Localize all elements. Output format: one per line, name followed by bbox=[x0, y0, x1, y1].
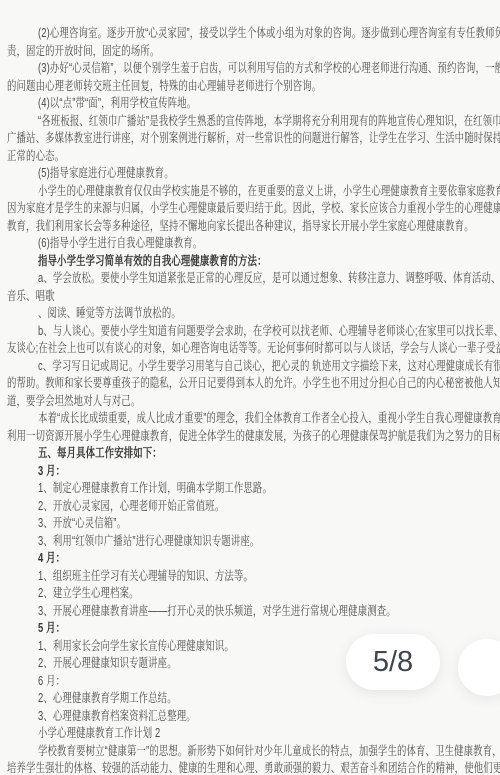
document-line: 2、心理健康教育学期工作总结。 bbox=[7, 689, 500, 707]
document-line: 友谈心;在社会上也可以有谈心的对象，如心理咨询电话等等。无论何事何时都可以与人谈… bbox=[7, 339, 500, 357]
document-line: 广播站、多媒体教室进行讲座，对个别案例进行解析，对一些常识性的问题进行解答，让学… bbox=[7, 129, 500, 147]
document-line: 正常的心态。 bbox=[7, 147, 500, 165]
document-line: 的问题由心理老师转交班主任回复，特殊的由心理辅导老师进行个别咨询。 bbox=[7, 77, 500, 95]
document-line: 3、开展心理健康教育讲座——打开心灵的快乐频道，对学生进行常规心理健康测查。 bbox=[7, 602, 500, 620]
document-line: 责，固定的开放时间，固定的场所。 bbox=[7, 42, 500, 60]
page-indicator-label: 5/8 bbox=[373, 646, 413, 679]
document-line: 五、每月具体工作安排如下： bbox=[7, 444, 500, 462]
document-line: “各班板报、红领巾广播站”是我校学生熟悉的宣传阵地，本学期将充分利用现有的阵地宣… bbox=[7, 112, 500, 130]
document-line: 音乐、唱歌 bbox=[7, 287, 500, 305]
document-line: 3、利用“红领巾广播站”进行心理健康知识专题讲座。 bbox=[7, 532, 500, 550]
document-line: 3、心理健康教育档案资料汇总整理。 bbox=[7, 707, 500, 725]
document-line: 因为家庭才是学生的来源与归属，小学生心理健康最后要归结于此。因此，学校、家长应该… bbox=[7, 199, 500, 217]
document-line: a、学会放松。要使小学生知道紧张是正常的心理反应，是可以通过想象、转移注意力、调… bbox=[7, 269, 500, 287]
document-line: 2、建立学生心理档案。 bbox=[7, 584, 500, 602]
document-line: 3、开放“心灵信箱”。 bbox=[7, 514, 500, 532]
document-line: 指导小学生学习简单有效的自我心理健康教育的方法： bbox=[7, 252, 500, 270]
page-indicator[interactable]: 5/8 bbox=[346, 634, 440, 690]
document-line: 道，要学会坦然地对人与对己。 bbox=[7, 392, 500, 410]
document-line: 1、组织班主任学习有关心理辅导的知识、方法等。 bbox=[7, 567, 500, 585]
document-line: 4 月： bbox=[7, 549, 500, 567]
document-line: 本着“成长比成绩重要，成人比成才重要”的理念，我们全体教育工作者全心投入，重视小… bbox=[7, 409, 500, 427]
document-line: 利用一切资源开展小学生心理健康教育，促进全体学生的健康发展，为孩子的心理健康保驾… bbox=[7, 427, 500, 445]
document-line: 教育，我们利用家长会等多种途径，坚持不懈地向家长提出各种建议，指导家长开展小学生… bbox=[7, 217, 500, 235]
document-line: 学校教育要树立“健康第一”的思想。新形势下如何针对少年儿童成长的特点，加强学生的… bbox=[7, 742, 500, 760]
document-line: 1、制定心理健康教育工作计划，明确本学期工作思路。 bbox=[7, 479, 500, 497]
document-line: 、阅读、睡觉等方法调节放松的。 bbox=[7, 304, 500, 322]
document-line: 小学生的心理健康教育仅仅由学校实施是不够的，在更重要的意义上讲，小学生心理健康教… bbox=[7, 182, 500, 200]
document-line: (5)指导家庭进行心理健康教育。 bbox=[7, 164, 500, 182]
document-line: 5 月： bbox=[7, 619, 500, 637]
document-line: (6)指导小学生进行自我心理健康教育。 bbox=[7, 234, 500, 252]
document-line: 小学心理健康教育工作计划 2 bbox=[7, 724, 500, 742]
document-line: 3 月： bbox=[7, 462, 500, 480]
document-line: 培养学生强壮的体格、较强的活动能力、健康的生理和心理、勇敢顽强的毅力、艰苦奋斗和… bbox=[7, 759, 500, 775]
document-line: (4)以“点”带“面”，利用学校宣传阵地。 bbox=[7, 94, 500, 112]
document-line: (2)心理咨询室。逐步开放“心灵家园”，接受以学生个体或小组为对象的咨询。逐步做… bbox=[7, 24, 500, 42]
document-line: (3)办好“心灵信箱”，以便个别学生羞于启齿，可以利用写信的方式和学校的心理老师… bbox=[7, 59, 500, 77]
document-line: 的帮助。教师和家长要尊重孩子的隐私，公开日记要得到本人的允许。小学生也不用过分担… bbox=[7, 374, 500, 392]
document-line: b、与人谈心。要使小学生知道有问题要学会求助，在学校可以找老师、心理辅导老师谈心… bbox=[7, 322, 500, 340]
document-line: 2、开放心灵家园，心理老师开始正常值班。 bbox=[7, 497, 500, 515]
document-line: c、学习写日记或周记。小学生要学习用笔与自己谈心，把心灵的 轨迹用文字描绘下来，… bbox=[7, 357, 500, 375]
